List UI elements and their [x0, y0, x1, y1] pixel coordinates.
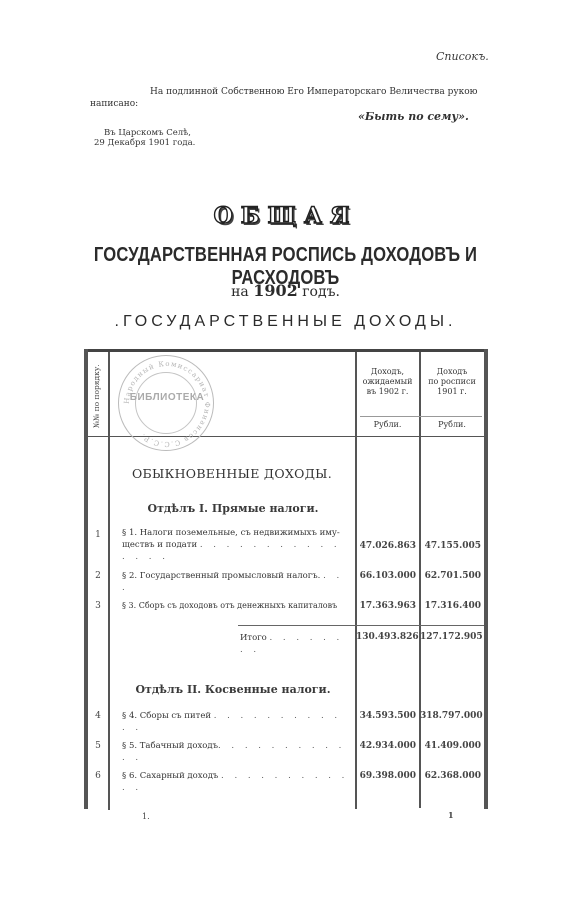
department-title: Отдѣлъ II. Косвенные налоги. [110, 683, 356, 696]
table-row: § 3. Сборъ съ доходовъ отъ денежныхъ кап… [122, 600, 352, 612]
row-label: § 1. Налоги поземельные, съ недвижимыхъ … [122, 527, 352, 539]
year-suffix: годъ. [302, 284, 340, 300]
header-line: Доходъ [420, 367, 484, 377]
header-line: ожидаемый [356, 377, 419, 387]
value-1901: 41.409.000 [420, 741, 481, 751]
column-header-1902: Доходъ, ожидаемый въ 1902 г. [356, 367, 419, 397]
year-value: 1902 [253, 281, 298, 300]
year-prefix: на [231, 284, 249, 300]
value-1901: 17.316.400 [420, 601, 481, 611]
row-number: 3 [88, 601, 108, 611]
unit-label-1902: Рубли. [356, 420, 419, 430]
total-1901: 127.172.905 [420, 632, 481, 642]
date-line: 29 Декабря 1901 года. [94, 138, 195, 148]
row-label: § 3. Сборъ съ доходовъ отъ денежныхъ кап… [122, 601, 337, 610]
unit-divider [360, 416, 482, 417]
row-number: 6 [88, 771, 108, 781]
value-1902: 17.363.963 [356, 601, 416, 611]
table-border-top [84, 349, 486, 352]
row-label: § 5. Табачный доходъ [122, 741, 218, 751]
stamp-inner-ring [135, 372, 197, 434]
table-row: § 5. Табачный доходъ. . . . . . . . . . … [122, 740, 352, 764]
total-row: Итого . . . . . . . . [240, 632, 352, 656]
total-divider [238, 625, 484, 626]
department-title: Отдѣлъ I. Прямые налоги. [110, 502, 356, 515]
total-label: Итого [240, 633, 267, 643]
row-label: § 4. Сборы съ питей [122, 711, 211, 721]
row-label: § 2. Государственный промысловый налогъ. [122, 571, 320, 581]
list-mark: Списокъ. [436, 50, 489, 63]
value-1902: 47.026.863 [356, 541, 416, 551]
imperial-decree: «Быть по сему». [358, 110, 469, 123]
unit-label-1901: Рубли. [420, 420, 484, 430]
row-number: 5 [88, 741, 108, 751]
value-1902: 69.398.000 [356, 771, 416, 781]
library-stamp: Народный Комиссариат Финансов С.С.С.Р. Б… [118, 355, 214, 451]
value-1901: 62.368.000 [420, 771, 481, 781]
table-row: § 1. Налоги поземельные, съ недвижимыхъ … [122, 527, 352, 563]
row-number-header: №№ по порядку. [92, 358, 112, 428]
column-header-1901: Доходъ по росписи 1901 г. [420, 367, 484, 397]
section-title: .ГОСУДАРСТВЕННЫЕ ДОХОДЫ. [0, 313, 571, 331]
header-line: 1901 г. [420, 387, 484, 397]
year-title: на 1902 годъ. [0, 281, 571, 300]
row-number: 4 [88, 711, 108, 721]
table-border-right [484, 349, 488, 809]
table-row: § 4. Сборы съ питей . . . . . . . . . . … [122, 710, 352, 734]
row-label: § 6. Сахарный доходъ [122, 771, 218, 781]
stamp-word: БИБЛИОТЕКА [127, 392, 207, 403]
place-date: Въ Царскомъ Селѣ, 29 Декабря 1901 года. [104, 128, 195, 148]
footer-signature-mark: 1. [142, 812, 150, 821]
header-line: въ 1902 г. [356, 387, 419, 397]
header-line: по росписи [420, 377, 484, 387]
total-1902: 130.493.826 [356, 632, 416, 642]
value-1902: 34.593.500 [356, 711, 416, 721]
value-1901: 318.797.000 [420, 711, 481, 721]
table-row: § 6. Сахарный доходъ . . . . . . . . . .… [122, 770, 352, 794]
row-number: 1 [88, 530, 108, 540]
ornamental-title: ОБЩАЯ [0, 203, 571, 229]
row-label-cont: ществъ и подати [122, 540, 197, 550]
imperial-preamble: На подлинной Собственною Его Императорск… [90, 86, 490, 110]
value-1902: 42.934.000 [356, 741, 416, 751]
footer-page-mark: 1 [448, 810, 454, 820]
table-row: § 2. Государственный промысловый налогъ.… [122, 570, 352, 594]
group-title: ОБЫКНОВЕННЫЕ ДОХОДЫ. [112, 466, 352, 481]
header-line: Доходъ, [356, 367, 419, 377]
value-1901: 62.701.500 [420, 571, 481, 581]
place-line: Въ Царскомъ Селѣ, [104, 128, 195, 138]
row-number: 2 [88, 571, 108, 581]
value-1902: 66.103.000 [356, 571, 416, 581]
value-1901: 47.155.005 [420, 541, 481, 551]
